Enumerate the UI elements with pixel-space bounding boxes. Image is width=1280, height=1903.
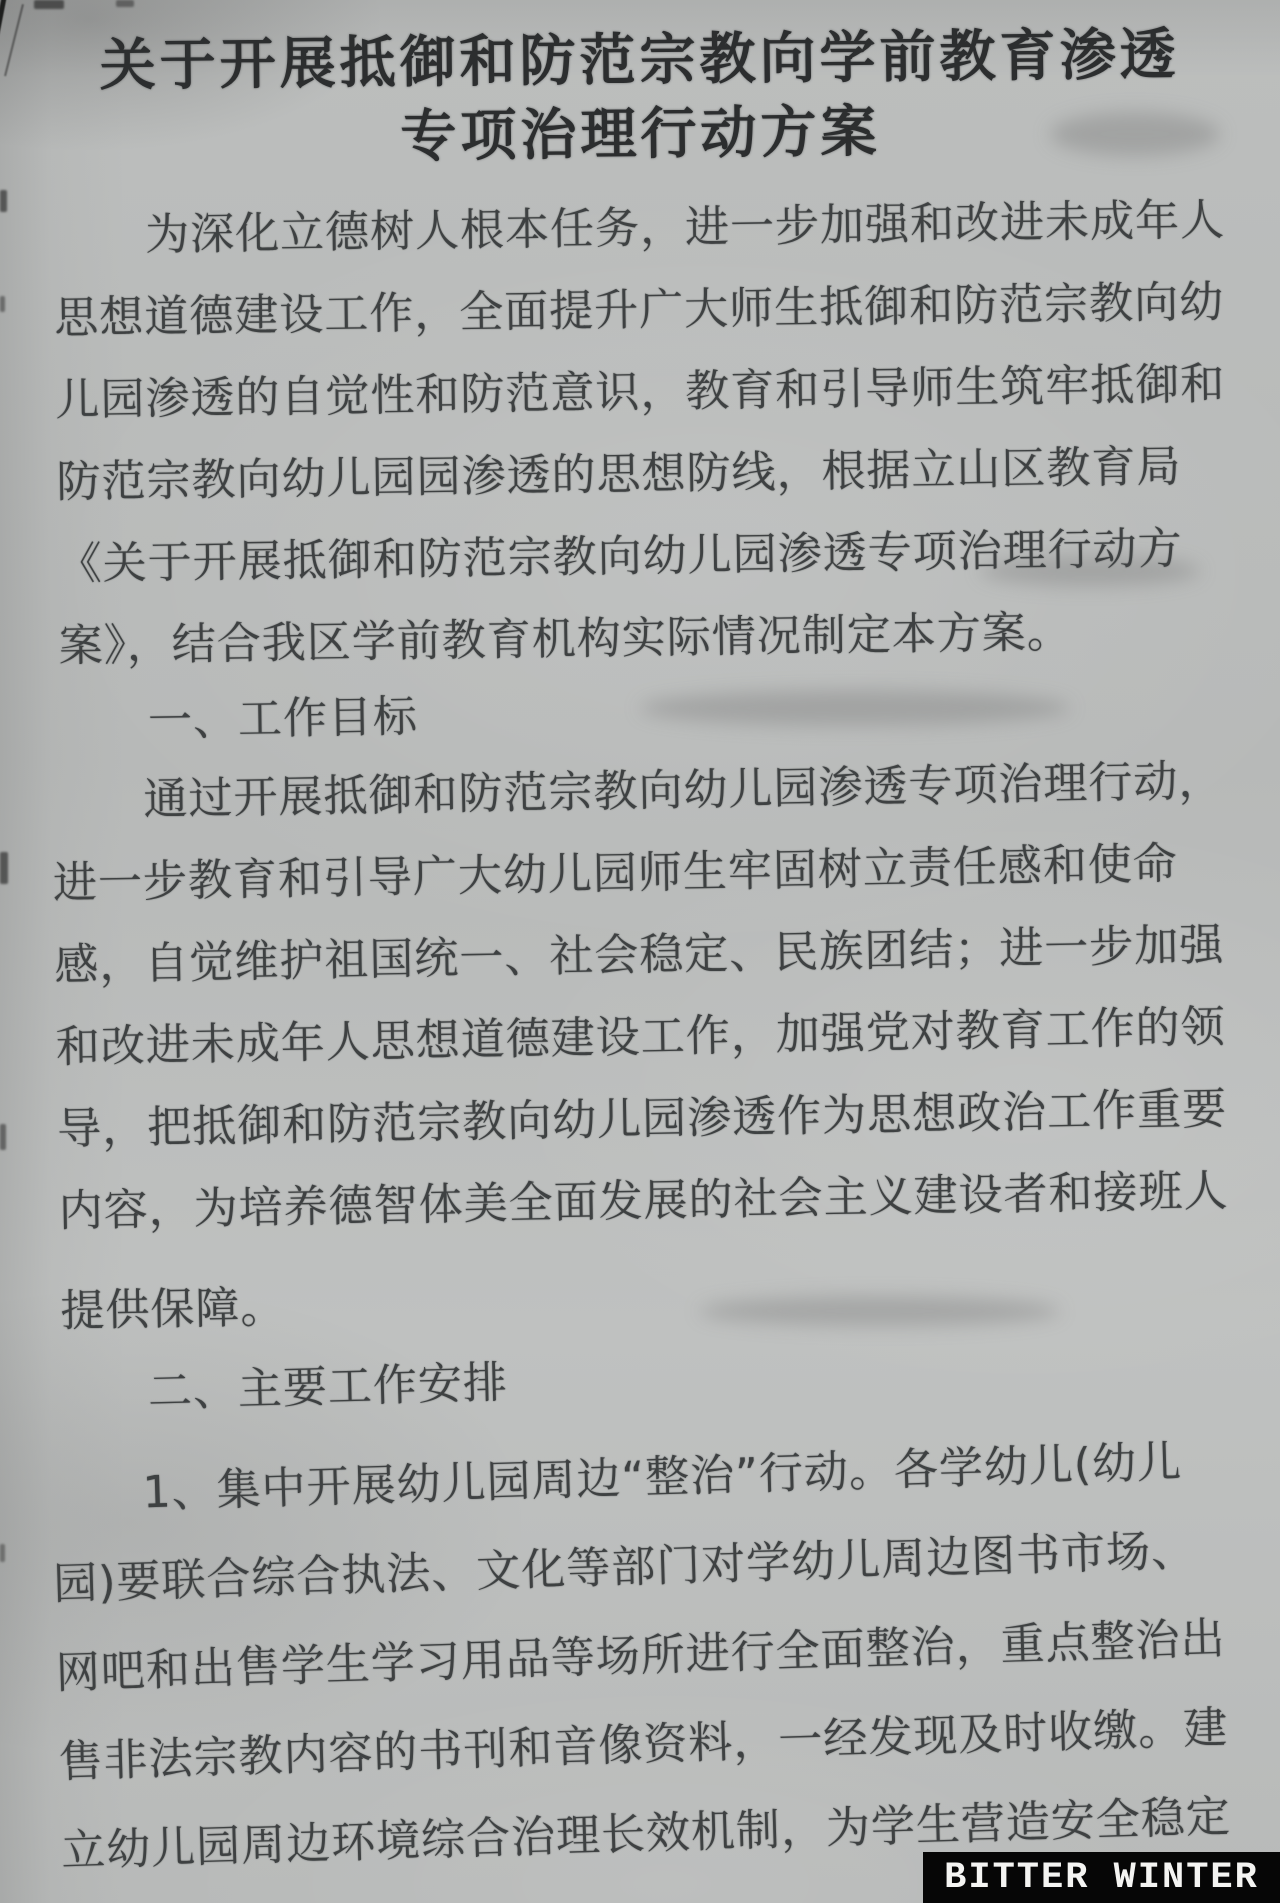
scan-smudge-artifact — [0, 190, 7, 212]
scan-smudge-artifact — [0, 296, 5, 312]
bitter-winter-watermark: BITTER WINTER — [923, 1852, 1280, 1903]
watermark-text: BITTER WINTER — [944, 1857, 1259, 1899]
scan-smudge-artifact — [0, 1124, 6, 1150]
scanned-document-page: 关于开展抵御和防范宗教向学前教育渗透 专项治理行动方案 为深化立德树人根本任务，… — [0, 0, 1280, 1903]
section1-paragraph: 通过开展抵御和防范宗教向幼儿园渗透专项治理行动， 进一步教育和引导广大幼儿园师生… — [51, 740, 1245, 1353]
intro-paragraph: 为深化立德树人根本任务，进一步加强和改进未成年人 思想道德建设工作，全面提升广大… — [53, 179, 1244, 687]
scan-smudge-artifact — [34, 0, 64, 9]
section2-paragraph: 1、集中开展幼儿园周边“整治”行动。各学幼儿(幼儿 园)要联合综合执法、文化等部… — [49, 1416, 1246, 1896]
scan-smudge-artifact — [116, 0, 134, 7]
document-title: 关于开展抵御和防范宗教向学前教育渗透 专项治理行动方案 — [0, 17, 1280, 178]
scan-smudge-artifact — [0, 1544, 5, 1562]
title-line-1: 关于开展抵御和防范宗教向学前教育渗透 — [0, 17, 1280, 104]
scan-smudge-artifact — [0, 852, 8, 884]
title-line-2: 专项治理行动方案 — [0, 91, 1280, 178]
